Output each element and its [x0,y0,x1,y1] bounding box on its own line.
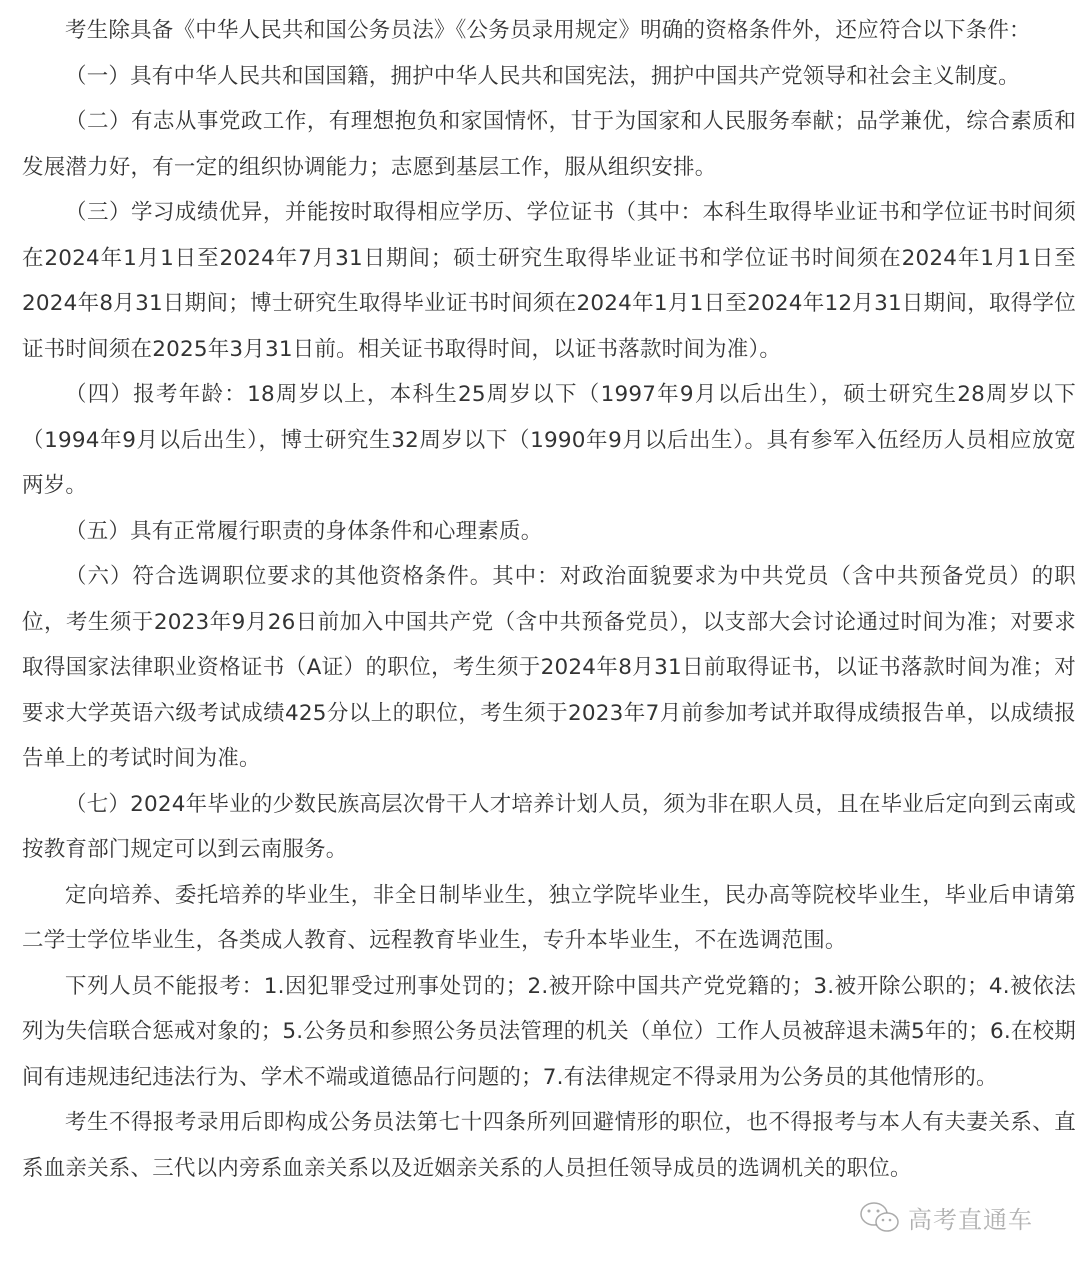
condition-4: （四）报考年龄：18周岁以上，本科生25周岁以下（1997年9月以后出生），硕士… [22,372,1076,509]
condition-1: （一）具有中华人民共和国国籍，拥护中华人民共和国宪法，拥护中国共产党领导和社会主… [22,54,1076,100]
condition-3: （三）学习成绩优异，并能按时取得相应学历、学位证书（其中：本科生取得毕业证书和学… [22,190,1076,372]
watermark: 高考直通车 [858,1198,1078,1258]
intro-paragraph: 考生除具备《中华人民共和国公务员法》《公务员录用规定》明确的资格条件外，还应符合… [22,8,1076,54]
condition-2: （二）有志从事党政工作，有理想抱负和家国情怀，甘于为国家和人民服务奉献；品学兼优… [22,99,1076,190]
watermark-text: 高考直通车 [908,1200,1033,1235]
document-body: 考生除具备《中华人民共和国公务员法》《公务员录用规定》明确的资格条件外，还应符合… [22,8,1076,1191]
excluded-graduates-paragraph: 定向培养、委托培养的毕业生，非全日制毕业生，独立学院毕业生，民办高等院校毕业生，… [22,873,1076,964]
wechat-icon [858,1200,902,1236]
ineligible-persons-paragraph: 下列人员不能报考：1.因犯罪受过刑事处罚的；2.被开除中国共产党党籍的；3.被开… [22,964,1076,1101]
avoidance-paragraph: 考生不得报考录用后即构成公务员法第七十四条所列回避情形的职位，也不得报考与本人有… [22,1100,1076,1191]
condition-6: （六）符合选调职位要求的其他资格条件。其中：对政治面貌要求为中共党员（含中共预备… [22,554,1076,782]
condition-7: （七）2024年毕业的少数民族高层次骨干人才培养计划人员，须为非在职人员，且在毕… [22,782,1076,873]
condition-5: （五）具有正常履行职责的身体条件和心理素质。 [22,509,1076,555]
